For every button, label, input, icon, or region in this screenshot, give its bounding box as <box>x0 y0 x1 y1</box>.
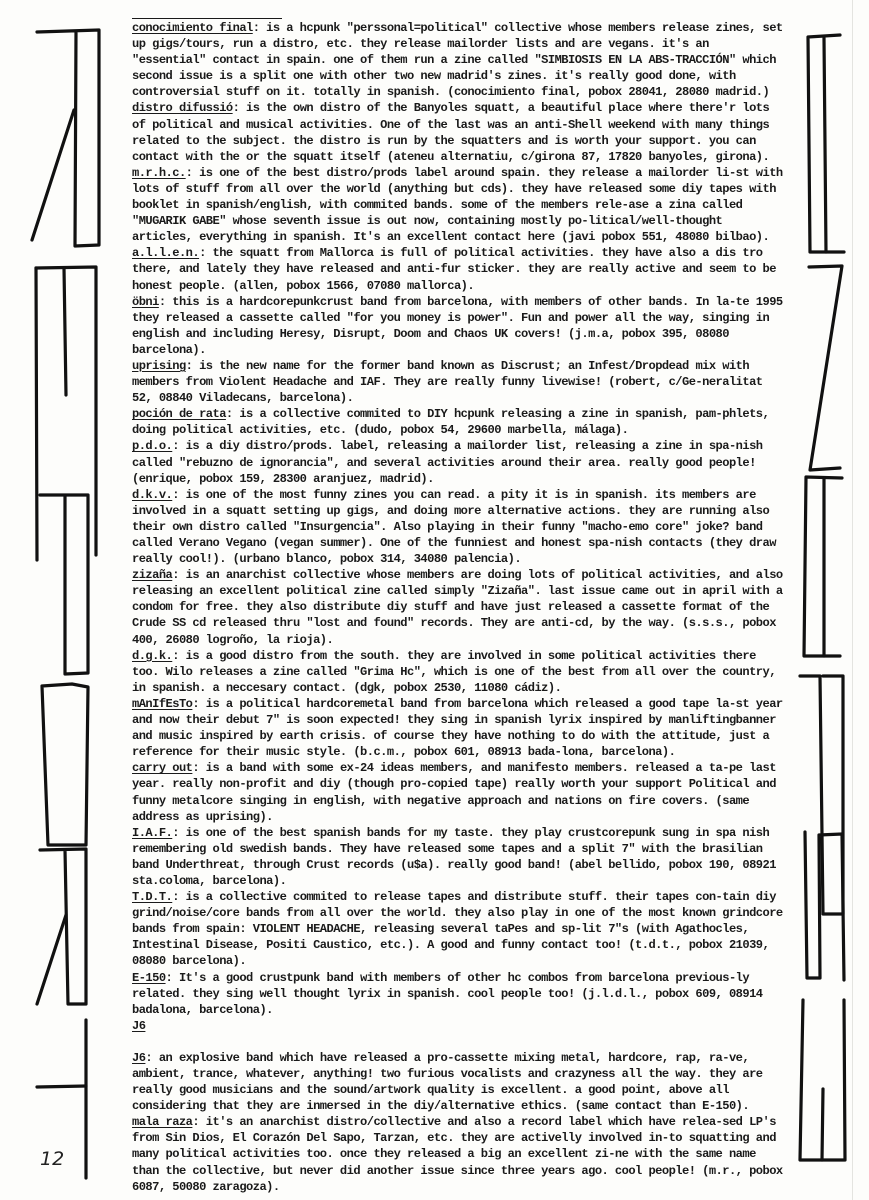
directory-listing: conocimiento final: is a hcpunk "persson… <box>132 20 784 1195</box>
contact-entry: mAnIfEsTo: is a political hardcoremetal … <box>132 696 784 760</box>
standalone-label-j6: J6 <box>132 1018 784 1034</box>
entry-name: p.d.o. <box>132 439 172 453</box>
contact-entry: carry out: is a band with some ex-24 ide… <box>132 760 784 824</box>
page-number: 12 <box>40 1148 64 1170</box>
entry-name: T.D.T. <box>132 890 172 904</box>
contact-entries: conocimiento final: is a hcpunk "persson… <box>132 20 784 1018</box>
entry-name: d.g.k. <box>132 649 172 663</box>
entry-name: mala raza <box>132 1115 192 1129</box>
contact-entry: mala raza: it's an anarchist distro/coll… <box>132 1114 784 1194</box>
entry-description: : is one of the most funny zines you can… <box>132 488 776 566</box>
contact-entry: zizaña: is an anarchist collective whose… <box>132 567 784 647</box>
entry-description: : is a political hardcoremetal band from… <box>132 697 783 759</box>
entry-name: d.k.v. <box>132 488 172 502</box>
entry-name: mAnIfEsTo <box>132 697 192 711</box>
entry-description: : is a diy distro/prods. label, releasin… <box>132 439 763 485</box>
contact-entries-continued: J6: an explosive band which have release… <box>132 1050 784 1195</box>
entry-description: : It's a good crustpunk band with member… <box>132 971 763 1017</box>
entry-description: : is one of the best distro/prods label … <box>132 166 783 244</box>
entry-name: J6 <box>132 1051 145 1065</box>
entry-description: : this is a hardcorepunkcrust band from … <box>132 295 783 357</box>
contact-entry: a.l.l.e.n.: the squatt from Mallorca is … <box>132 245 784 293</box>
contact-entry: m.r.h.c.: is one of the best distro/prod… <box>132 165 784 245</box>
entry-description: : an explosive band which have released … <box>132 1051 763 1113</box>
entry-description: : is the new name for the former band kn… <box>132 359 763 405</box>
entry-name: E-150 <box>132 971 166 985</box>
entry-name: uprising <box>132 359 186 373</box>
entry-name: m.r.h.c. <box>132 166 186 180</box>
entry-description: : it's an anarchist distro/collective an… <box>132 1115 783 1193</box>
entry-name: zizaña <box>132 568 172 582</box>
entry-name: conocimiento final <box>132 21 253 35</box>
contact-entry: J6: an explosive band which have release… <box>132 1050 784 1114</box>
contact-entry: conocimiento final: is a hcpunk "persson… <box>132 20 784 100</box>
entry-description: : is a collective commited to DIY hcpunk… <box>132 407 769 437</box>
contact-entry: poción de rata: is a collective commited… <box>132 406 784 438</box>
entry-name: carry out <box>132 761 192 775</box>
entry-description: : is one of the best spanish bands for m… <box>132 826 776 888</box>
contact-entry: distro difussió: is the own distro of th… <box>132 100 784 164</box>
entry-description: : is an anarchist collective whose membe… <box>132 568 783 646</box>
contact-entry: p.d.o.: is a diy distro/prods. label, re… <box>132 438 784 486</box>
contact-entry: uprising: is the new name for the former… <box>132 358 784 406</box>
page-edge <box>852 0 853 1200</box>
section-gap <box>132 1034 784 1050</box>
contact-entry: T.D.T.: is a collective commited to rele… <box>132 889 784 969</box>
contact-entry: E-150: It's a good crustpunk band with m… <box>132 970 784 1018</box>
contact-entry: d.g.k.: is a good distro from the south.… <box>132 648 784 696</box>
contact-entry: öbni: this is a hardcorepunkcrust band f… <box>132 294 784 358</box>
entry-name: distro difussió <box>132 101 233 115</box>
entry-name: a.l.l.e.n. <box>132 246 199 260</box>
contact-entry: d.k.v.: is one of the most funny zines y… <box>132 487 784 567</box>
entry-description: : the squatt from Mallorca is full of po… <box>132 246 776 292</box>
entry-description: : is a good distro from the south. they … <box>132 649 776 695</box>
entry-description: : is a collective commited to release ta… <box>132 890 783 968</box>
entry-name: poción de rata <box>132 407 226 421</box>
contact-entry: I.A.F.: is one of the best spanish bands… <box>132 825 784 889</box>
entry-description: : is a band with some ex-24 ideas member… <box>132 761 776 823</box>
entry-name: öbni <box>132 295 159 309</box>
entry-name: I.A.F. <box>132 826 172 840</box>
